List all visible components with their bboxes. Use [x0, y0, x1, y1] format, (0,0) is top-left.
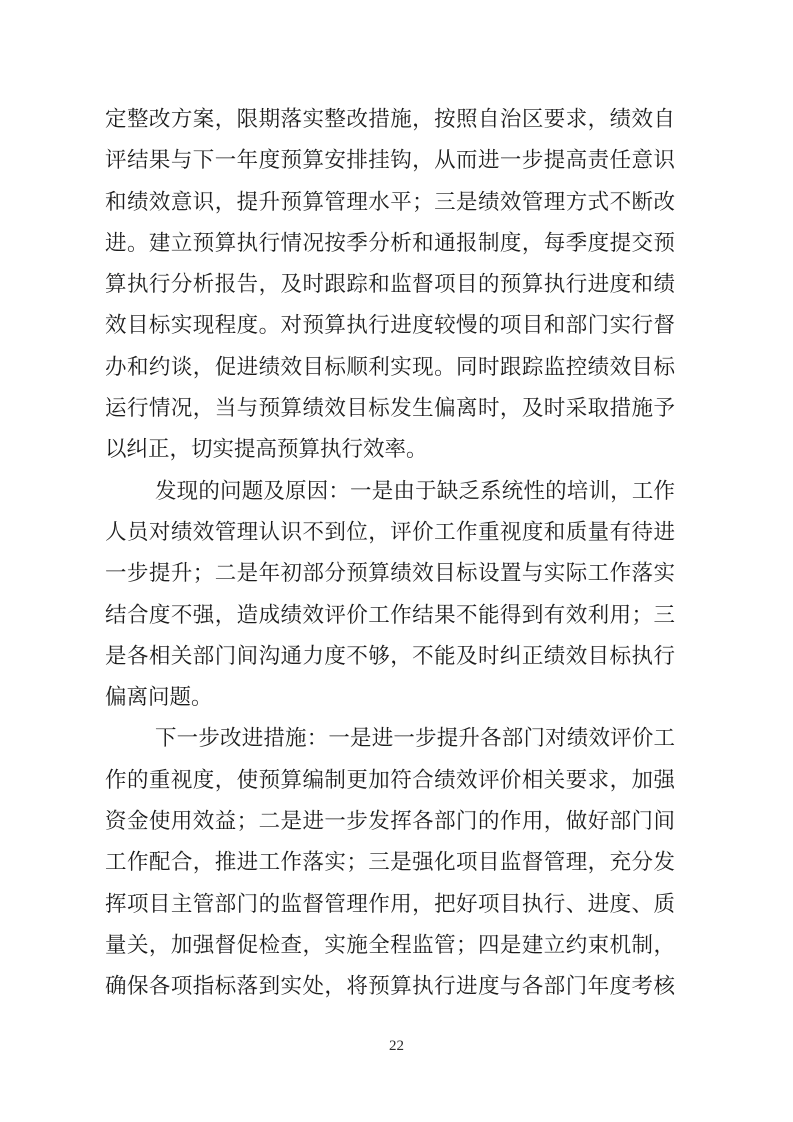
- text-line: 运行情况，当与预算绩效目标发生偏离时，及时采取措施予: [105, 388, 675, 429]
- text-line: 偏离问题。: [105, 677, 675, 718]
- paragraph: 定整改方案，限期落实整改措施，按照自治区要求，绩效自 评结果与下一年度预算安排挂…: [105, 99, 675, 471]
- text-line: 进。建立预算执行情况按季分析和通报制度，每季度提交预: [105, 223, 675, 264]
- document-body-text: 定整改方案，限期落实整改措施，按照自治区要求，绩效自 评结果与下一年度预算安排挂…: [105, 99, 675, 1008]
- document-page: 定整改方案，限期落实整改措施，按照自治区要求，绩效自 评结果与下一年度预算安排挂…: [0, 0, 793, 1122]
- text-line: 结合度不强，造成绩效评价工作结果不能得到有效利用；三: [105, 595, 675, 636]
- text-line: 作的重视度，使预算编制更加符合绩效评价相关要求，加强: [105, 760, 675, 801]
- text-line: 人员对绩效管理认识不到位，评价工作重视度和质量有待进: [105, 512, 675, 553]
- text-line: 和绩效意识，提升预算管理水平；三是绩效管理方式不断改: [105, 182, 675, 223]
- text-line: 发现的问题及原因：一是由于缺乏系统性的培训，工作: [105, 471, 675, 512]
- text-line: 效目标实现程度。对预算执行进度较慢的项目和部门实行督: [105, 305, 675, 346]
- text-line: 下一步改进措施：一是进一步提升各部门对绩效评价工: [105, 718, 675, 759]
- text-line: 定整改方案，限期落实整改措施，按照自治区要求，绩效自: [105, 99, 675, 140]
- text-line: 确保各项指标落到实处，将预算执行进度与各部门年度考核: [105, 966, 675, 1007]
- text-line: 工作配合，推进工作落实；三是强化项目监督管理，充分发: [105, 842, 675, 883]
- text-line: 以纠正，切实提高预算执行效率。: [105, 429, 675, 470]
- text-line: 挥项目主管部门的监督管理作用，把好项目执行、进度、质: [105, 884, 675, 925]
- text-line: 算执行分析报告，及时跟踪和监督项目的预算执行进度和绩: [105, 264, 675, 305]
- text-line: 评结果与下一年度预算安排挂钩，从而进一步提高责任意识: [105, 140, 675, 181]
- text-line: 资金使用效益；二是进一步发挥各部门的作用，做好部门间: [105, 801, 675, 842]
- paragraph: 发现的问题及原因：一是由于缺乏系统性的培训，工作 人员对绩效管理认识不到位，评价…: [105, 471, 675, 719]
- text-line: 是各相关部门间沟通力度不够，不能及时纠正绩效目标执行: [105, 636, 675, 677]
- text-line: 量关，加强督促检查，实施全程监管；四是建立约束机制，: [105, 925, 675, 966]
- paragraph: 下一步改进措施：一是进一步提升各部门对绩效评价工 作的重视度，使预算编制更加符合…: [105, 718, 675, 1007]
- text-line: 一步提升；二是年初部分预算绩效目标设置与实际工作落实: [105, 553, 675, 594]
- text-line: 办和约谈，促进绩效目标顺利实现。同时跟踪监控绩效目标: [105, 347, 675, 388]
- page-number: 22: [0, 1036, 793, 1056]
